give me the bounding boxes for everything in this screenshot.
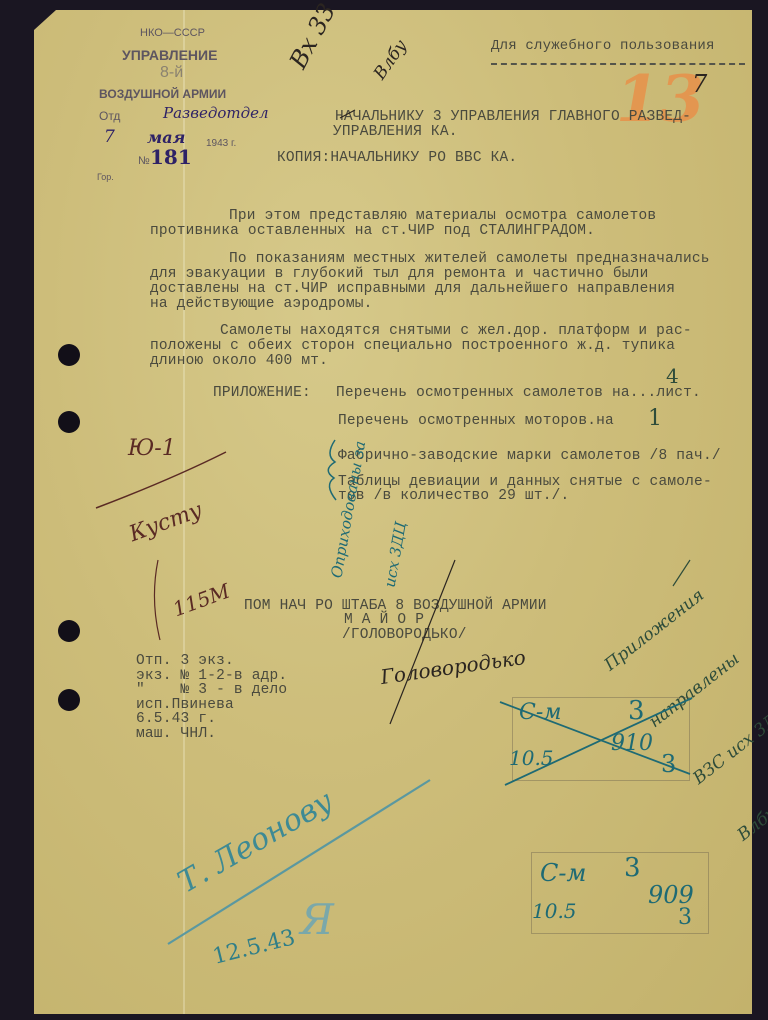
pen-stroke [154,560,160,640]
handwriting-strokes [0,0,768,1020]
brace-mark [328,440,336,500]
pencil-underline [168,780,430,944]
pen-stroke [390,560,455,724]
pen-stroke [673,560,690,586]
pen-stroke [96,452,226,508]
cross-out-line [505,698,692,785]
pen-stroke [340,110,355,118]
